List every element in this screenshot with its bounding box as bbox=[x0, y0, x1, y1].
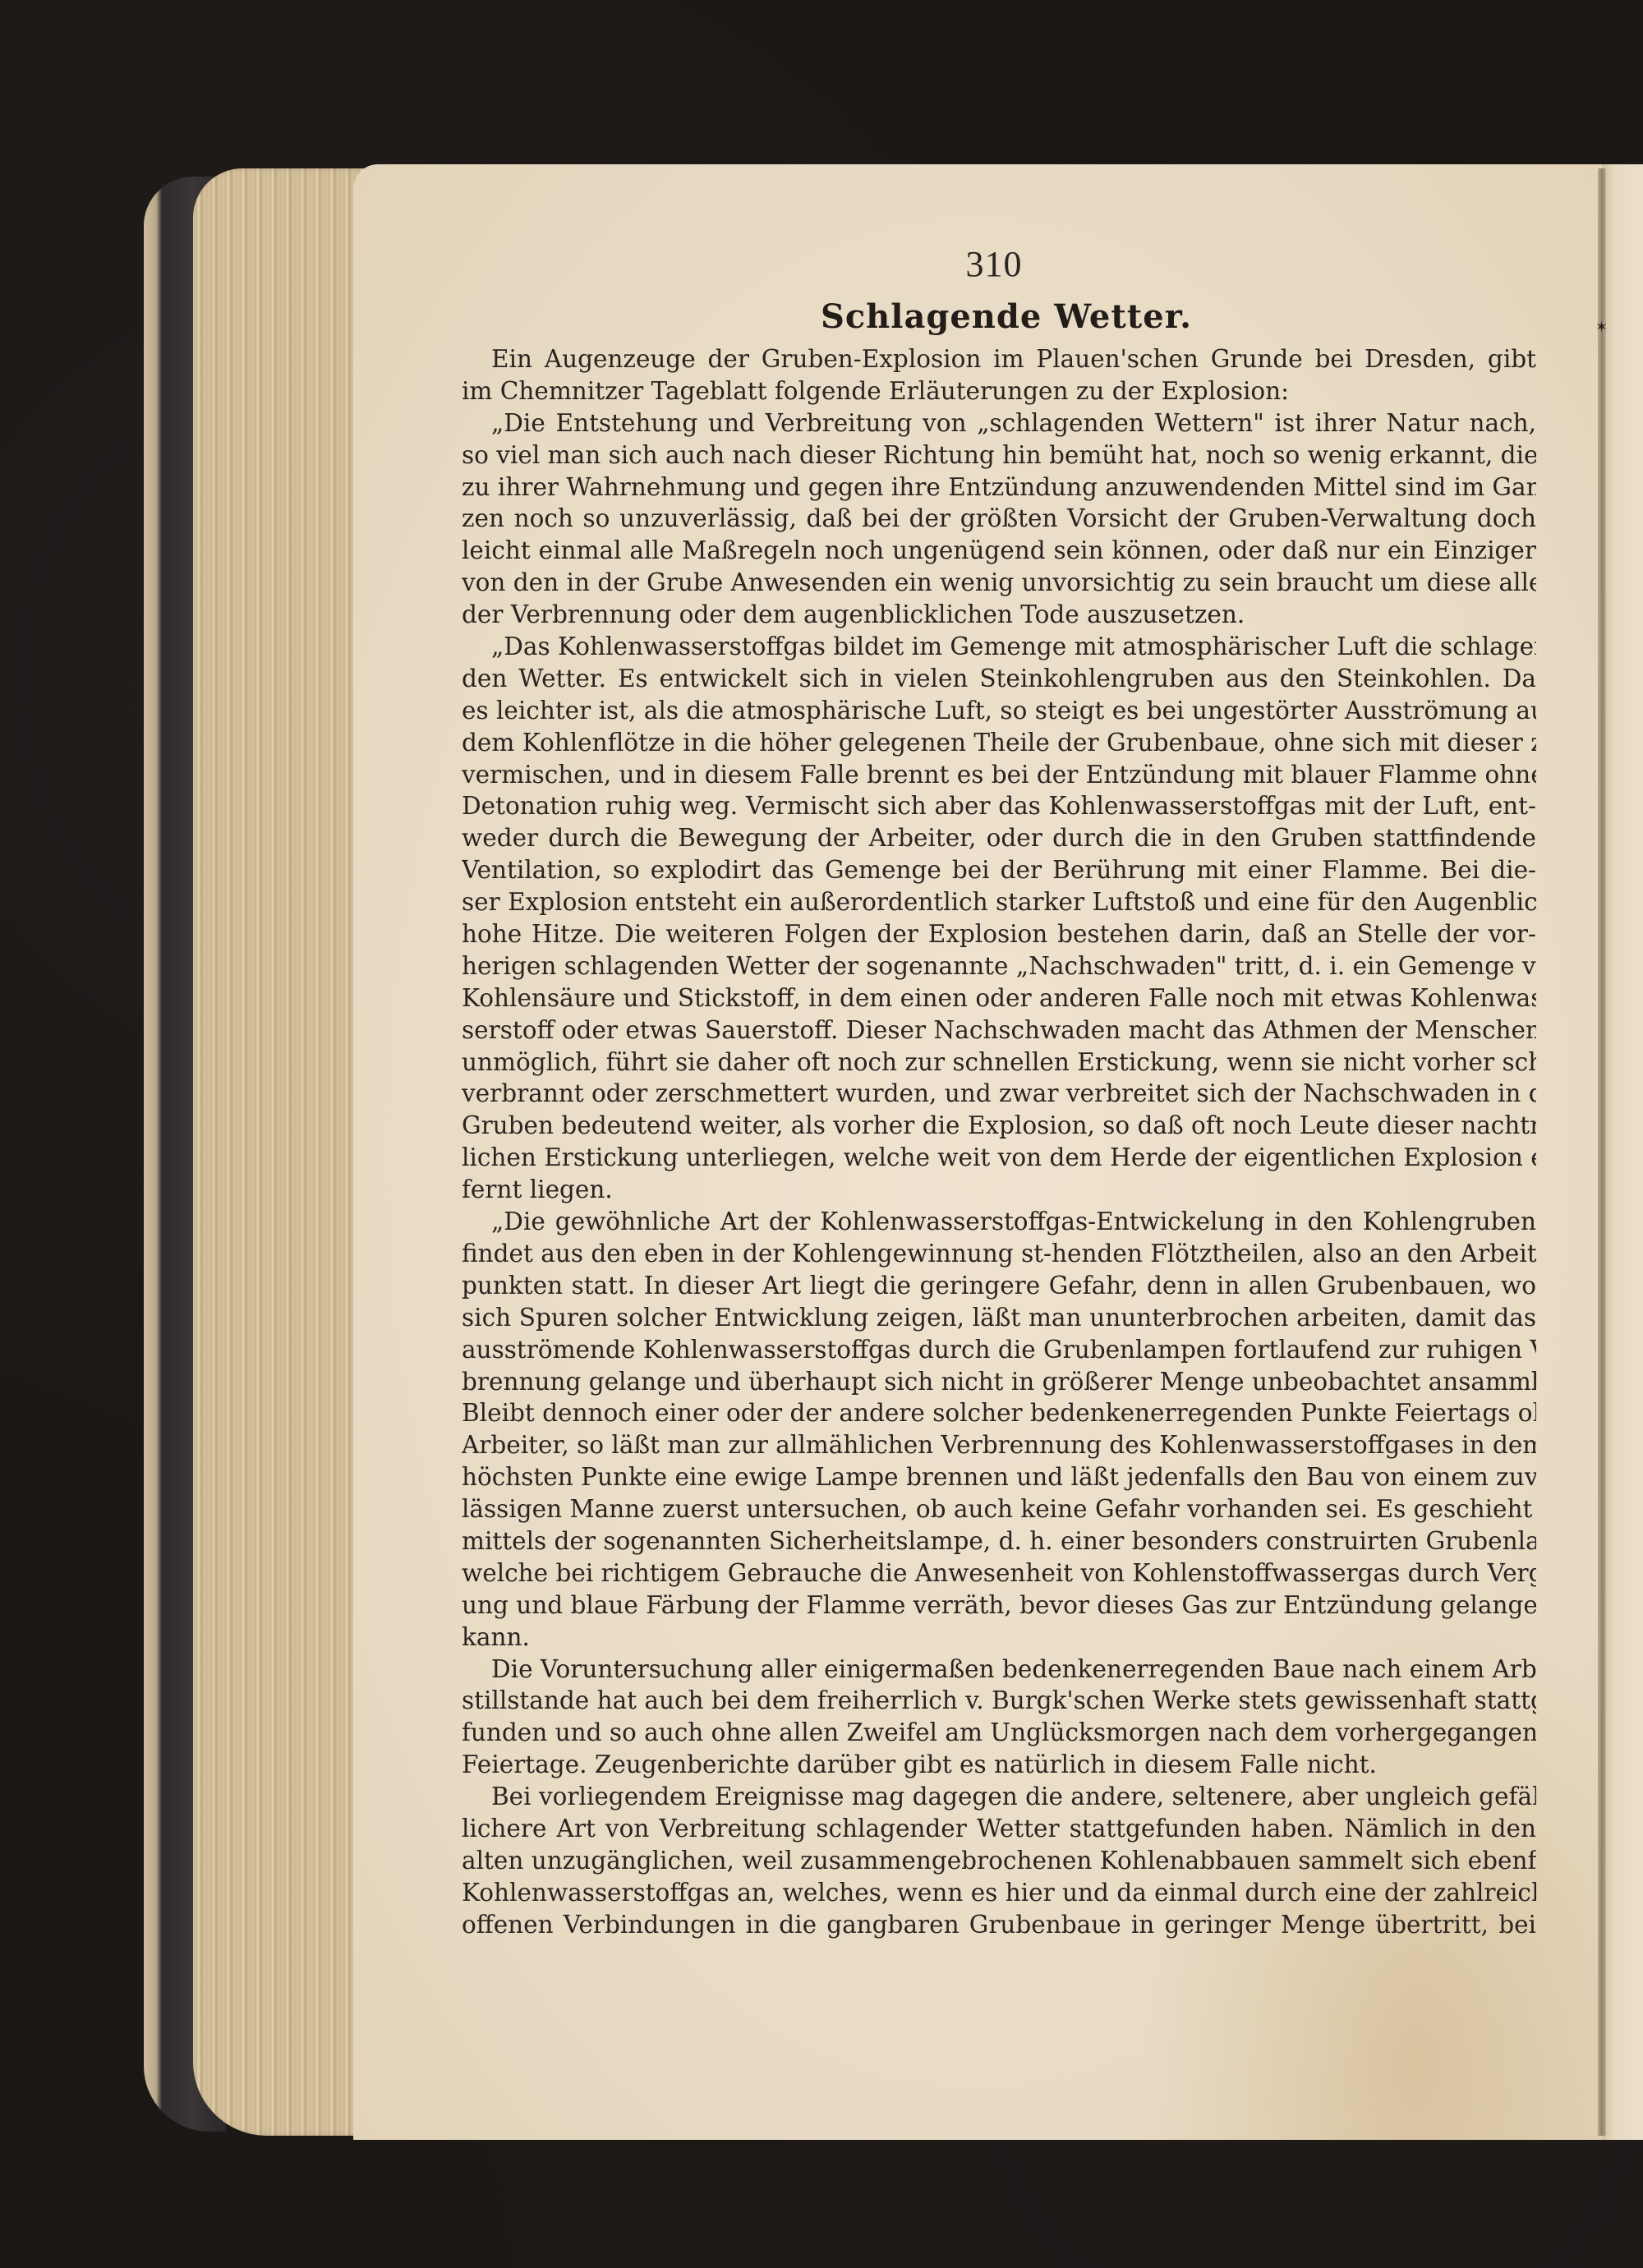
text-line: stillstande hat auch bei dem freiherrlic… bbox=[462, 1685, 1536, 1717]
text-line: kann. bbox=[462, 1622, 1536, 1654]
binding-stitch-icon: ✶ bbox=[1595, 322, 1607, 334]
text-line: lichere Art von Verbreitung schlagender … bbox=[462, 1813, 1536, 1845]
text-line: unmöglich, führt sie daher oft noch zur … bbox=[462, 1047, 1536, 1079]
text-line: Bei vorliegendem Ereignisse mag dagegen … bbox=[462, 1781, 1536, 1813]
text-line: serstoff oder etwas Sauerstoff. Dieser N… bbox=[462, 1014, 1536, 1047]
text-line: funden und so auch ohne allen Zweifel am… bbox=[462, 1717, 1536, 1749]
text-line: Ein Augenzeuge der Gruben-Explosion im P… bbox=[462, 343, 1536, 375]
text-line: sich Spuren solcher Entwicklung zeigen, … bbox=[462, 1302, 1536, 1334]
text-line: ung und blaue Färbung der Flamme verräth… bbox=[462, 1589, 1536, 1622]
text-line: brennung gelange und überhaupt sich nich… bbox=[462, 1366, 1536, 1398]
text-line: der Verbrennung oder dem augenblickliche… bbox=[462, 599, 1536, 631]
text-line: mittels der sogenannten Sicherheitslampe… bbox=[462, 1525, 1536, 1557]
page-number: 310 bbox=[953, 243, 1035, 285]
facing-page-edge bbox=[1602, 164, 1643, 2140]
text-line: Feiertage. Zeugenberichte darüber gibt e… bbox=[462, 1749, 1536, 1781]
text-line: findet aus den eben in der Kohlengewinnu… bbox=[462, 1238, 1536, 1270]
text-line: im Chemnitzer Tageblatt folgende Erläute… bbox=[462, 375, 1536, 407]
text-line: offenen Verbindungen in die gangbaren Gr… bbox=[462, 1909, 1536, 1941]
book-gutter bbox=[1598, 168, 1606, 2136]
text-line: dem Kohlenflötze in die höher gelegenen … bbox=[462, 727, 1536, 759]
text-line: fernt liegen. bbox=[462, 1174, 1536, 1206]
text-line: vermischen, und in diesem Falle brennt e… bbox=[462, 759, 1536, 791]
text-line: alten unzugänglichen, weil zusammengebro… bbox=[462, 1845, 1536, 1877]
text-line: lässigen Manne zuerst untersuchen, ob au… bbox=[462, 1493, 1536, 1525]
text-line: Arbeiter, so läßt man zur allmählichen V… bbox=[462, 1429, 1536, 1461]
text-line: Detonation ruhig weg. Vermischt sich abe… bbox=[462, 790, 1536, 822]
text-line: Kohlensäure und Stickstoff, in dem einen… bbox=[462, 982, 1536, 1014]
page-title: Schlagende Wetter. bbox=[493, 297, 1520, 336]
text-line: „Das Kohlenwasserstoffgas bildet im Geme… bbox=[462, 631, 1536, 663]
text-line: den Wetter. Es entwickelt sich in vielen… bbox=[462, 663, 1536, 695]
text-line: „Die gewöhnliche Art der Kohlenwassersto… bbox=[462, 1206, 1536, 1238]
text-line: herigen schlagenden Wetter der sogenannt… bbox=[462, 950, 1536, 982]
text-line: Kohlenwasserstoffgas an, welches, wenn e… bbox=[462, 1877, 1536, 1909]
text-line: ausströmende Kohlenwasserstoffgas durch … bbox=[462, 1334, 1536, 1366]
text-line: zen noch so unzuverlässig, daß bei der g… bbox=[462, 503, 1536, 535]
text-line: Die Voruntersuchung aller einigermaßen b… bbox=[462, 1654, 1536, 1686]
text-line: hohe Hitze. Die weiteren Folgen der Expl… bbox=[462, 918, 1536, 950]
text-line: höchsten Punkte eine ewige Lampe brennen… bbox=[462, 1461, 1536, 1493]
text-line: zu ihrer Wahrnehmung und gegen ihre Entz… bbox=[462, 472, 1536, 504]
text-line: welche bei richtigem Gebrauche die Anwes… bbox=[462, 1557, 1536, 1589]
text-line: „Die Entstehung und Verbreitung von „sch… bbox=[462, 407, 1536, 439]
body-text: Ein Augenzeuge der Gruben-Explosion im P… bbox=[462, 343, 1536, 1941]
text-line: Gruben bedeutend weiter, als vorher die … bbox=[462, 1110, 1536, 1142]
text-line: punkten statt. In dieser Art liegt die g… bbox=[462, 1270, 1536, 1302]
text-line: lichen Erstickung unterliegen, welche we… bbox=[462, 1142, 1536, 1174]
text-line: von den in der Grube Anwesenden ein weni… bbox=[462, 567, 1536, 599]
text-line: verbrannt oder zerschmettert wurden, und… bbox=[462, 1078, 1536, 1110]
text-line: ser Explosion entsteht ein außerordentli… bbox=[462, 886, 1536, 918]
text-line: Ventilation, so explodirt das Gemenge be… bbox=[462, 854, 1536, 886]
text-line: so viel man sich auch nach dieser Richtu… bbox=[462, 439, 1536, 472]
text-line: es leichter ist, als die atmosphärische … bbox=[462, 695, 1536, 727]
text-line: Bleibt dennoch einer oder der andere sol… bbox=[462, 1397, 1536, 1429]
text-line: leicht einmal alle Maßregeln noch ungenü… bbox=[462, 535, 1536, 567]
text-line: weder durch die Bewegung der Arbeiter, o… bbox=[462, 822, 1536, 854]
page-stack-edges bbox=[193, 168, 374, 2136]
